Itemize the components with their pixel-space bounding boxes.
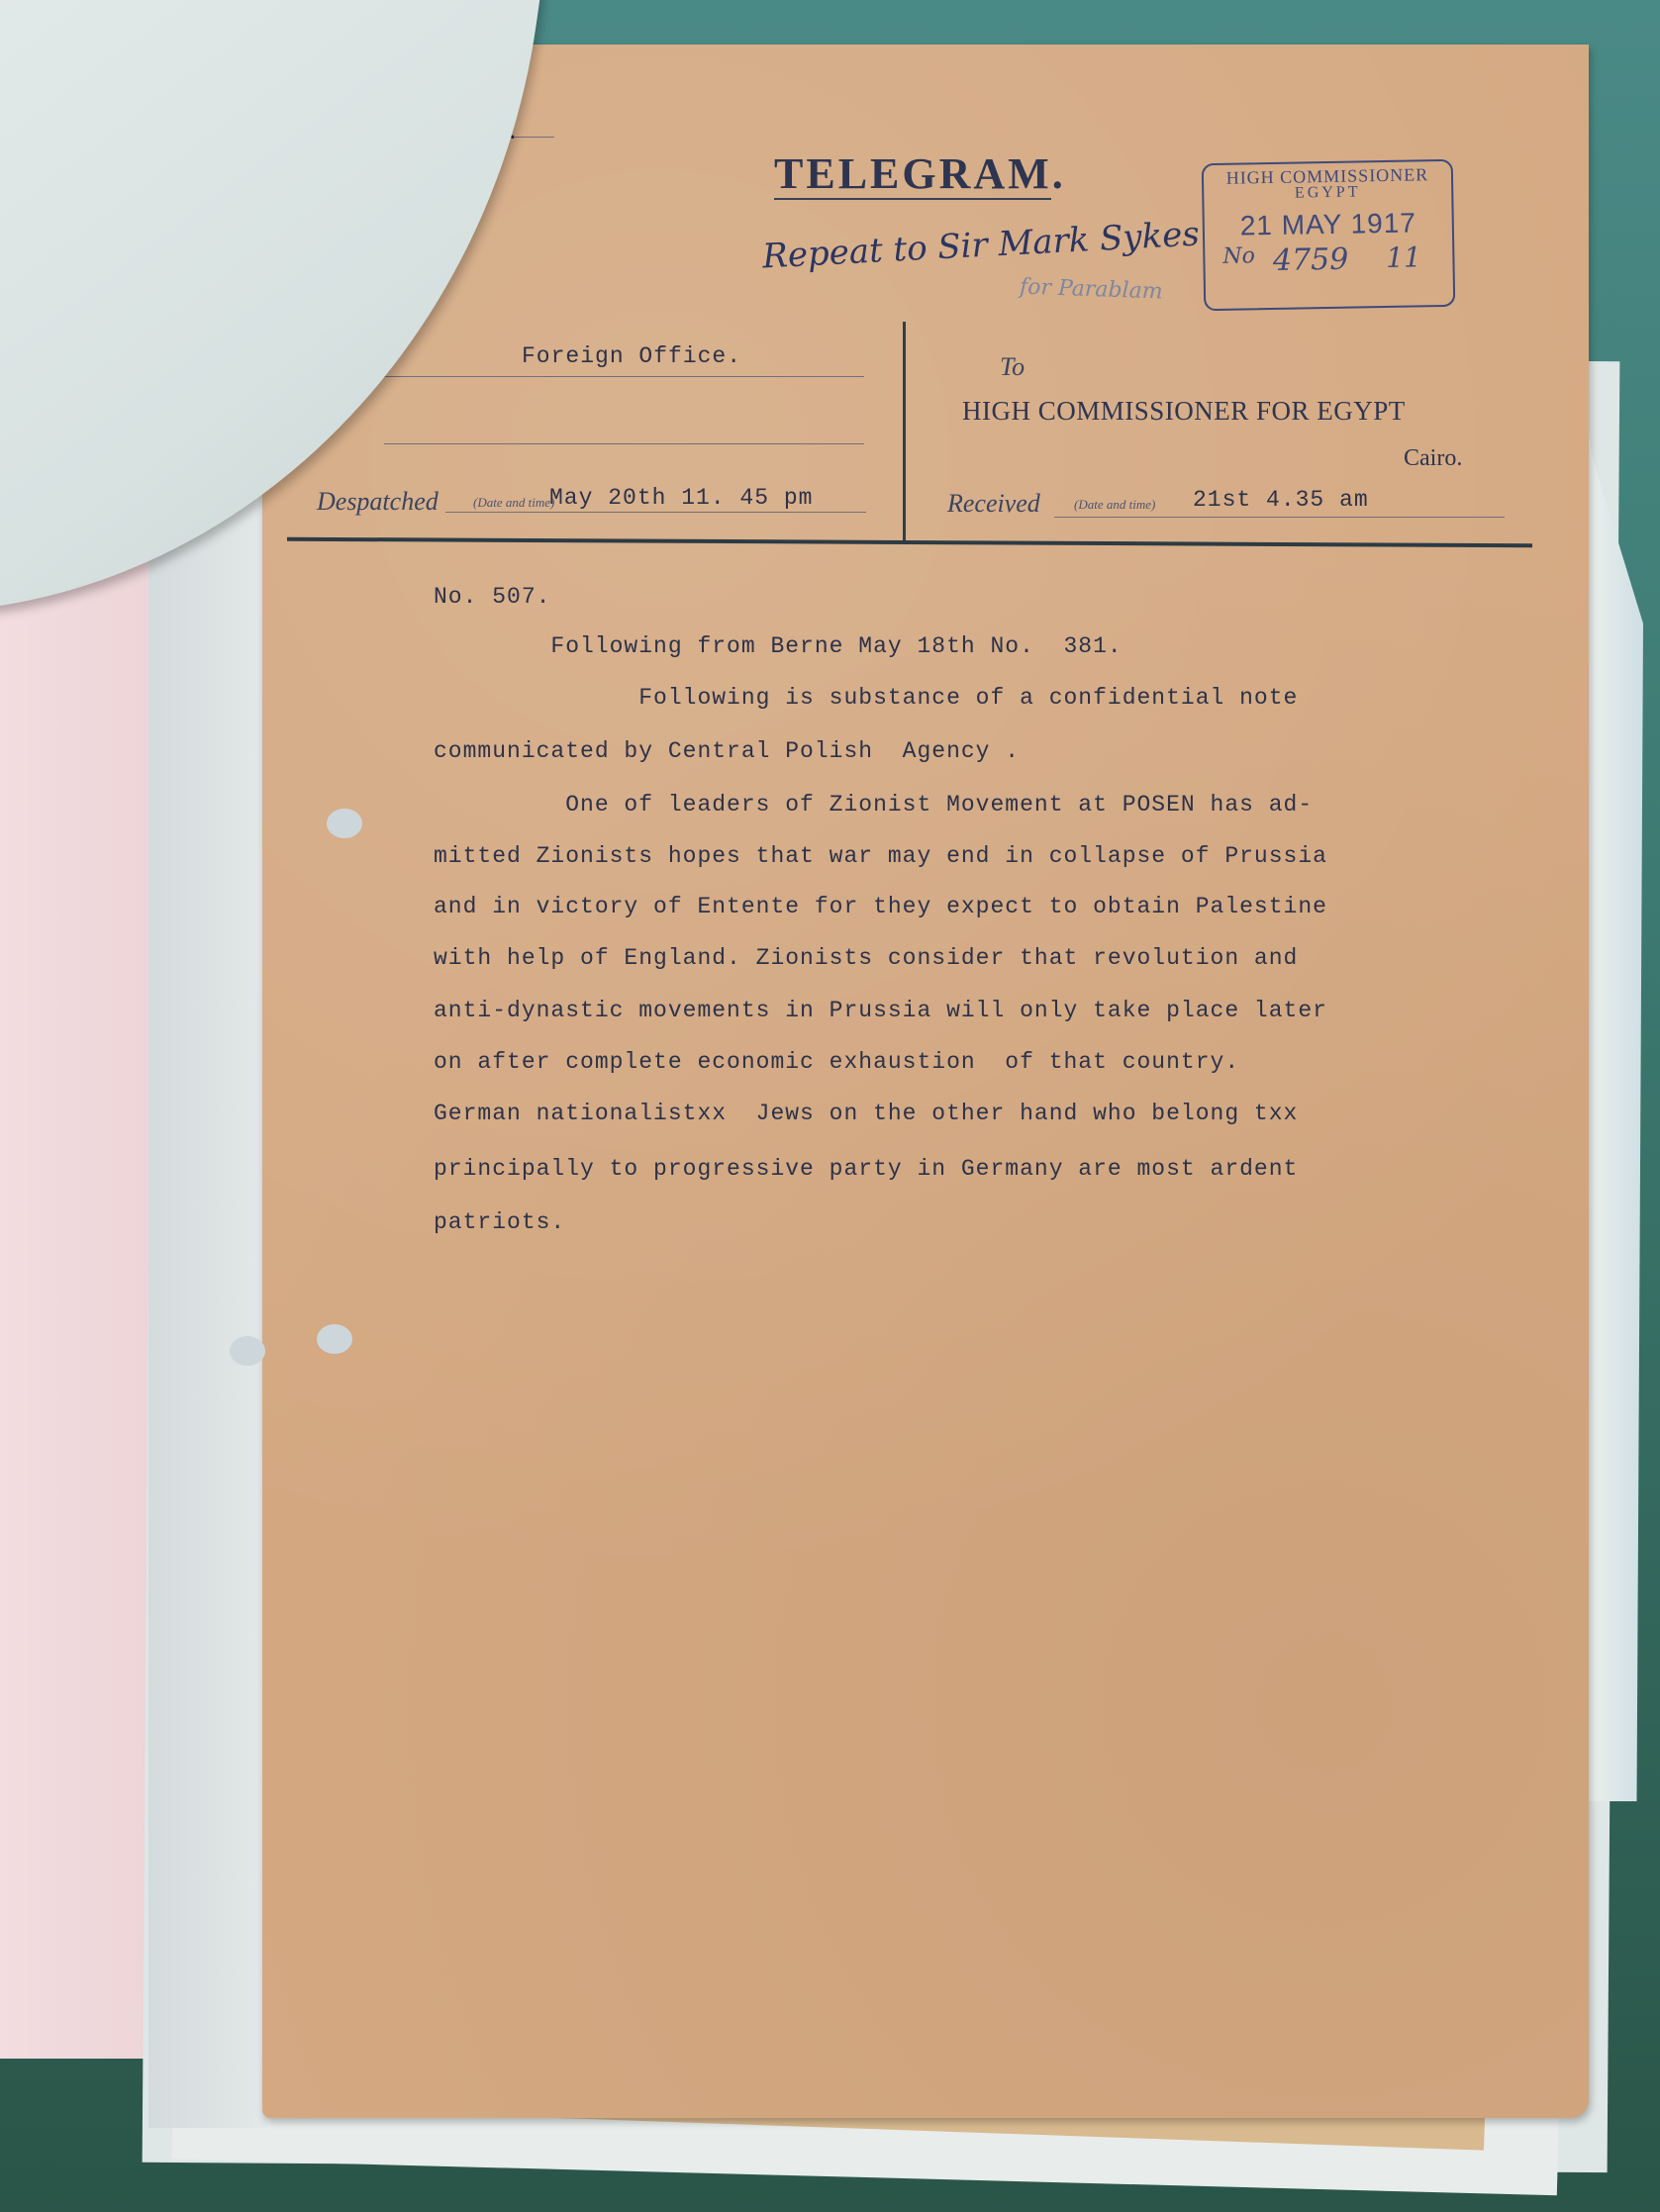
despatched-rule (445, 512, 866, 513)
body-line: Following is substance of a confidential… (434, 685, 1298, 711)
body-line: anti-dynastic movements in Prussia will … (434, 998, 1327, 1023)
received-sublabel: (Date and time) (1074, 497, 1155, 513)
stamp-number: 4759 (1273, 242, 1349, 278)
document-title: TELEGRAM. (774, 148, 1066, 199)
body-line: with help of England. Zionists consider … (434, 945, 1298, 971)
from-value: Foreign Office. (522, 343, 741, 369)
body-line: on after complete economic exhaustion of… (434, 1049, 1239, 1075)
received-rule (1054, 517, 1505, 518)
stamp-sub-number: 11 (1386, 240, 1421, 276)
punch-hole (317, 1324, 352, 1354)
punch-hole (327, 809, 362, 838)
despatched-label: Despatched (317, 487, 439, 517)
to-label: To (1000, 352, 1025, 382)
received-stamp: HIGH COMMISSIONER EGYPT 21 MAY 1917 No 4… (1202, 159, 1456, 311)
from-rule (384, 376, 864, 377)
pencil-annotation: for Parablam (1020, 274, 1163, 304)
to-value: HIGH COMMISSIONER FOR EGYPT (962, 396, 1406, 427)
body-line: mitted Zionists hopes that war may end i… (434, 843, 1327, 869)
telegram-sheet (262, 45, 1589, 2118)
body-line: and in victory of Entente for they expec… (434, 894, 1327, 919)
punch-hole (230, 1336, 265, 1366)
body-line: patriots. (434, 1209, 565, 1235)
from-rule-2 (384, 443, 864, 444)
file-binding-strip (148, 366, 267, 2128)
stamp-number-row: No 4759 11 (1205, 240, 1453, 279)
body-line: principally to progressive party in Germ… (434, 1156, 1298, 1182)
body-line: German nationalistxx Jews on the other h… (434, 1101, 1298, 1126)
received-label: Received (947, 489, 1040, 519)
despatched-value: May 20th 11. 45 pm (549, 485, 813, 511)
despatched-sublabel: (Date and time) (473, 495, 554, 511)
title-underline (774, 198, 1051, 200)
body-line: communicated by Central Polish Agency . (434, 738, 1020, 764)
header-vertical-divider (903, 322, 906, 541)
body-line: Following from Berne May 18th No. 381. (434, 633, 1123, 659)
stamp-date: 21 MAY 1917 (1205, 207, 1453, 242)
to-city: Cairo. (1404, 445, 1462, 472)
body-line: No. 507. (434, 584, 550, 610)
stamp-number-label: No (1222, 243, 1255, 279)
body-line: One of leaders of Zionist Movement at PO… (434, 792, 1313, 817)
received-value: 21st 4.35 am (1193, 487, 1369, 513)
